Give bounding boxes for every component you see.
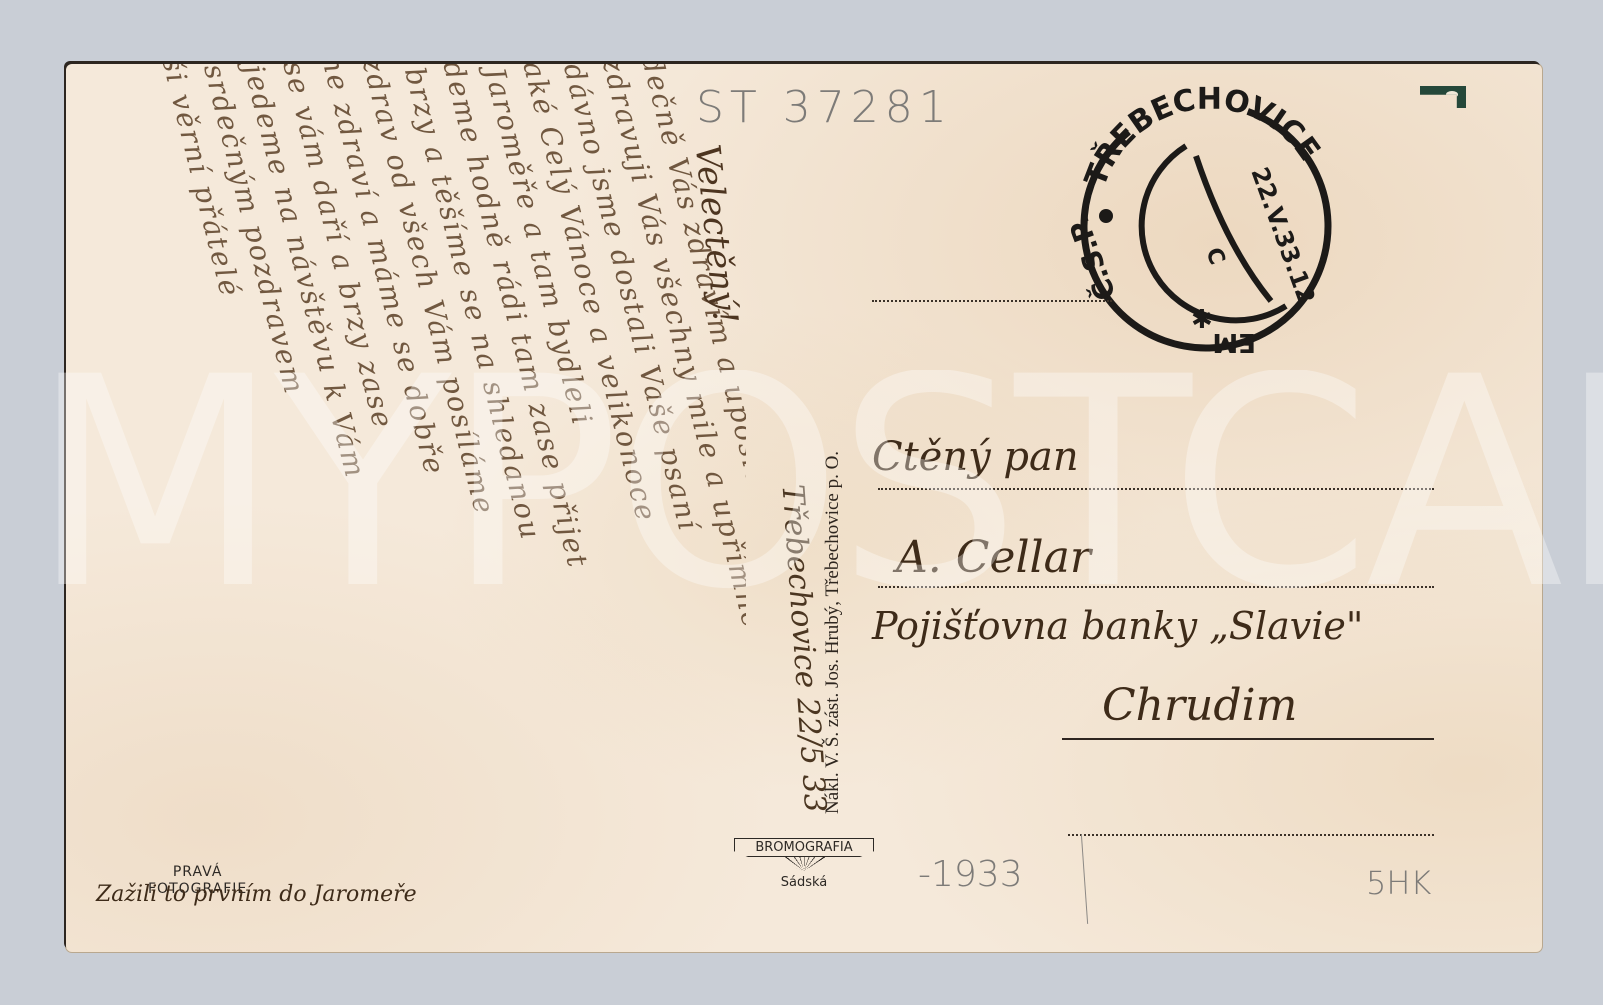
year-pencil-note: -1933 xyxy=(918,854,1023,895)
address-city: Chrudim xyxy=(1102,680,1297,731)
sunburst-icon xyxy=(734,857,874,873)
bromografia-logo: BROMOGRAFIA Sádská xyxy=(734,838,874,890)
bromografia-city: Sádská xyxy=(734,875,874,890)
postmark-series: C xyxy=(1200,245,1229,269)
publisher-imprint: Nákl. V. Š. zást. Jos. Hrubý, Třebechovi… xyxy=(822,134,844,814)
address-line-dotted xyxy=(1068,834,1434,836)
postcard-back: ST 37281 Srdečně Vás zdravím a uposlechl… xyxy=(66,64,1542,952)
address-line-dotted xyxy=(872,300,1112,302)
postmark-country: Č.S.P. xyxy=(1061,211,1123,305)
address-line-dotted xyxy=(878,586,1434,588)
handwritten-message: Srdečně Vás zdravím a uposlechlPozdravuj… xyxy=(66,64,746,952)
real-photo-label-line1: PRAVÁ xyxy=(148,864,247,881)
address-company: Pojišťovna banky „Slavie" xyxy=(872,604,1363,648)
address-city-underline xyxy=(1062,738,1434,740)
address-line-dotted xyxy=(878,488,1434,490)
pencil-mark xyxy=(1081,834,1088,924)
bromografia-logo-text: BROMOGRAFIA xyxy=(734,838,874,857)
message-closing: Zažili to prvním do Jaromeře xyxy=(96,882,417,907)
address-salutation: Ctěný pan xyxy=(872,434,1079,480)
code-pencil-note: 5HK xyxy=(1366,864,1431,902)
postmark-bottom-text: EM xyxy=(1212,327,1256,357)
postmark: TŘEBECHOVICE Č.S.P. 22.V.33.12 C EM ✱ xyxy=(1056,66,1346,366)
postage-stamp-remnant xyxy=(1420,86,1466,108)
star-icon: ✱ xyxy=(1191,305,1213,335)
address-recipient: A. Cellar xyxy=(896,532,1091,583)
